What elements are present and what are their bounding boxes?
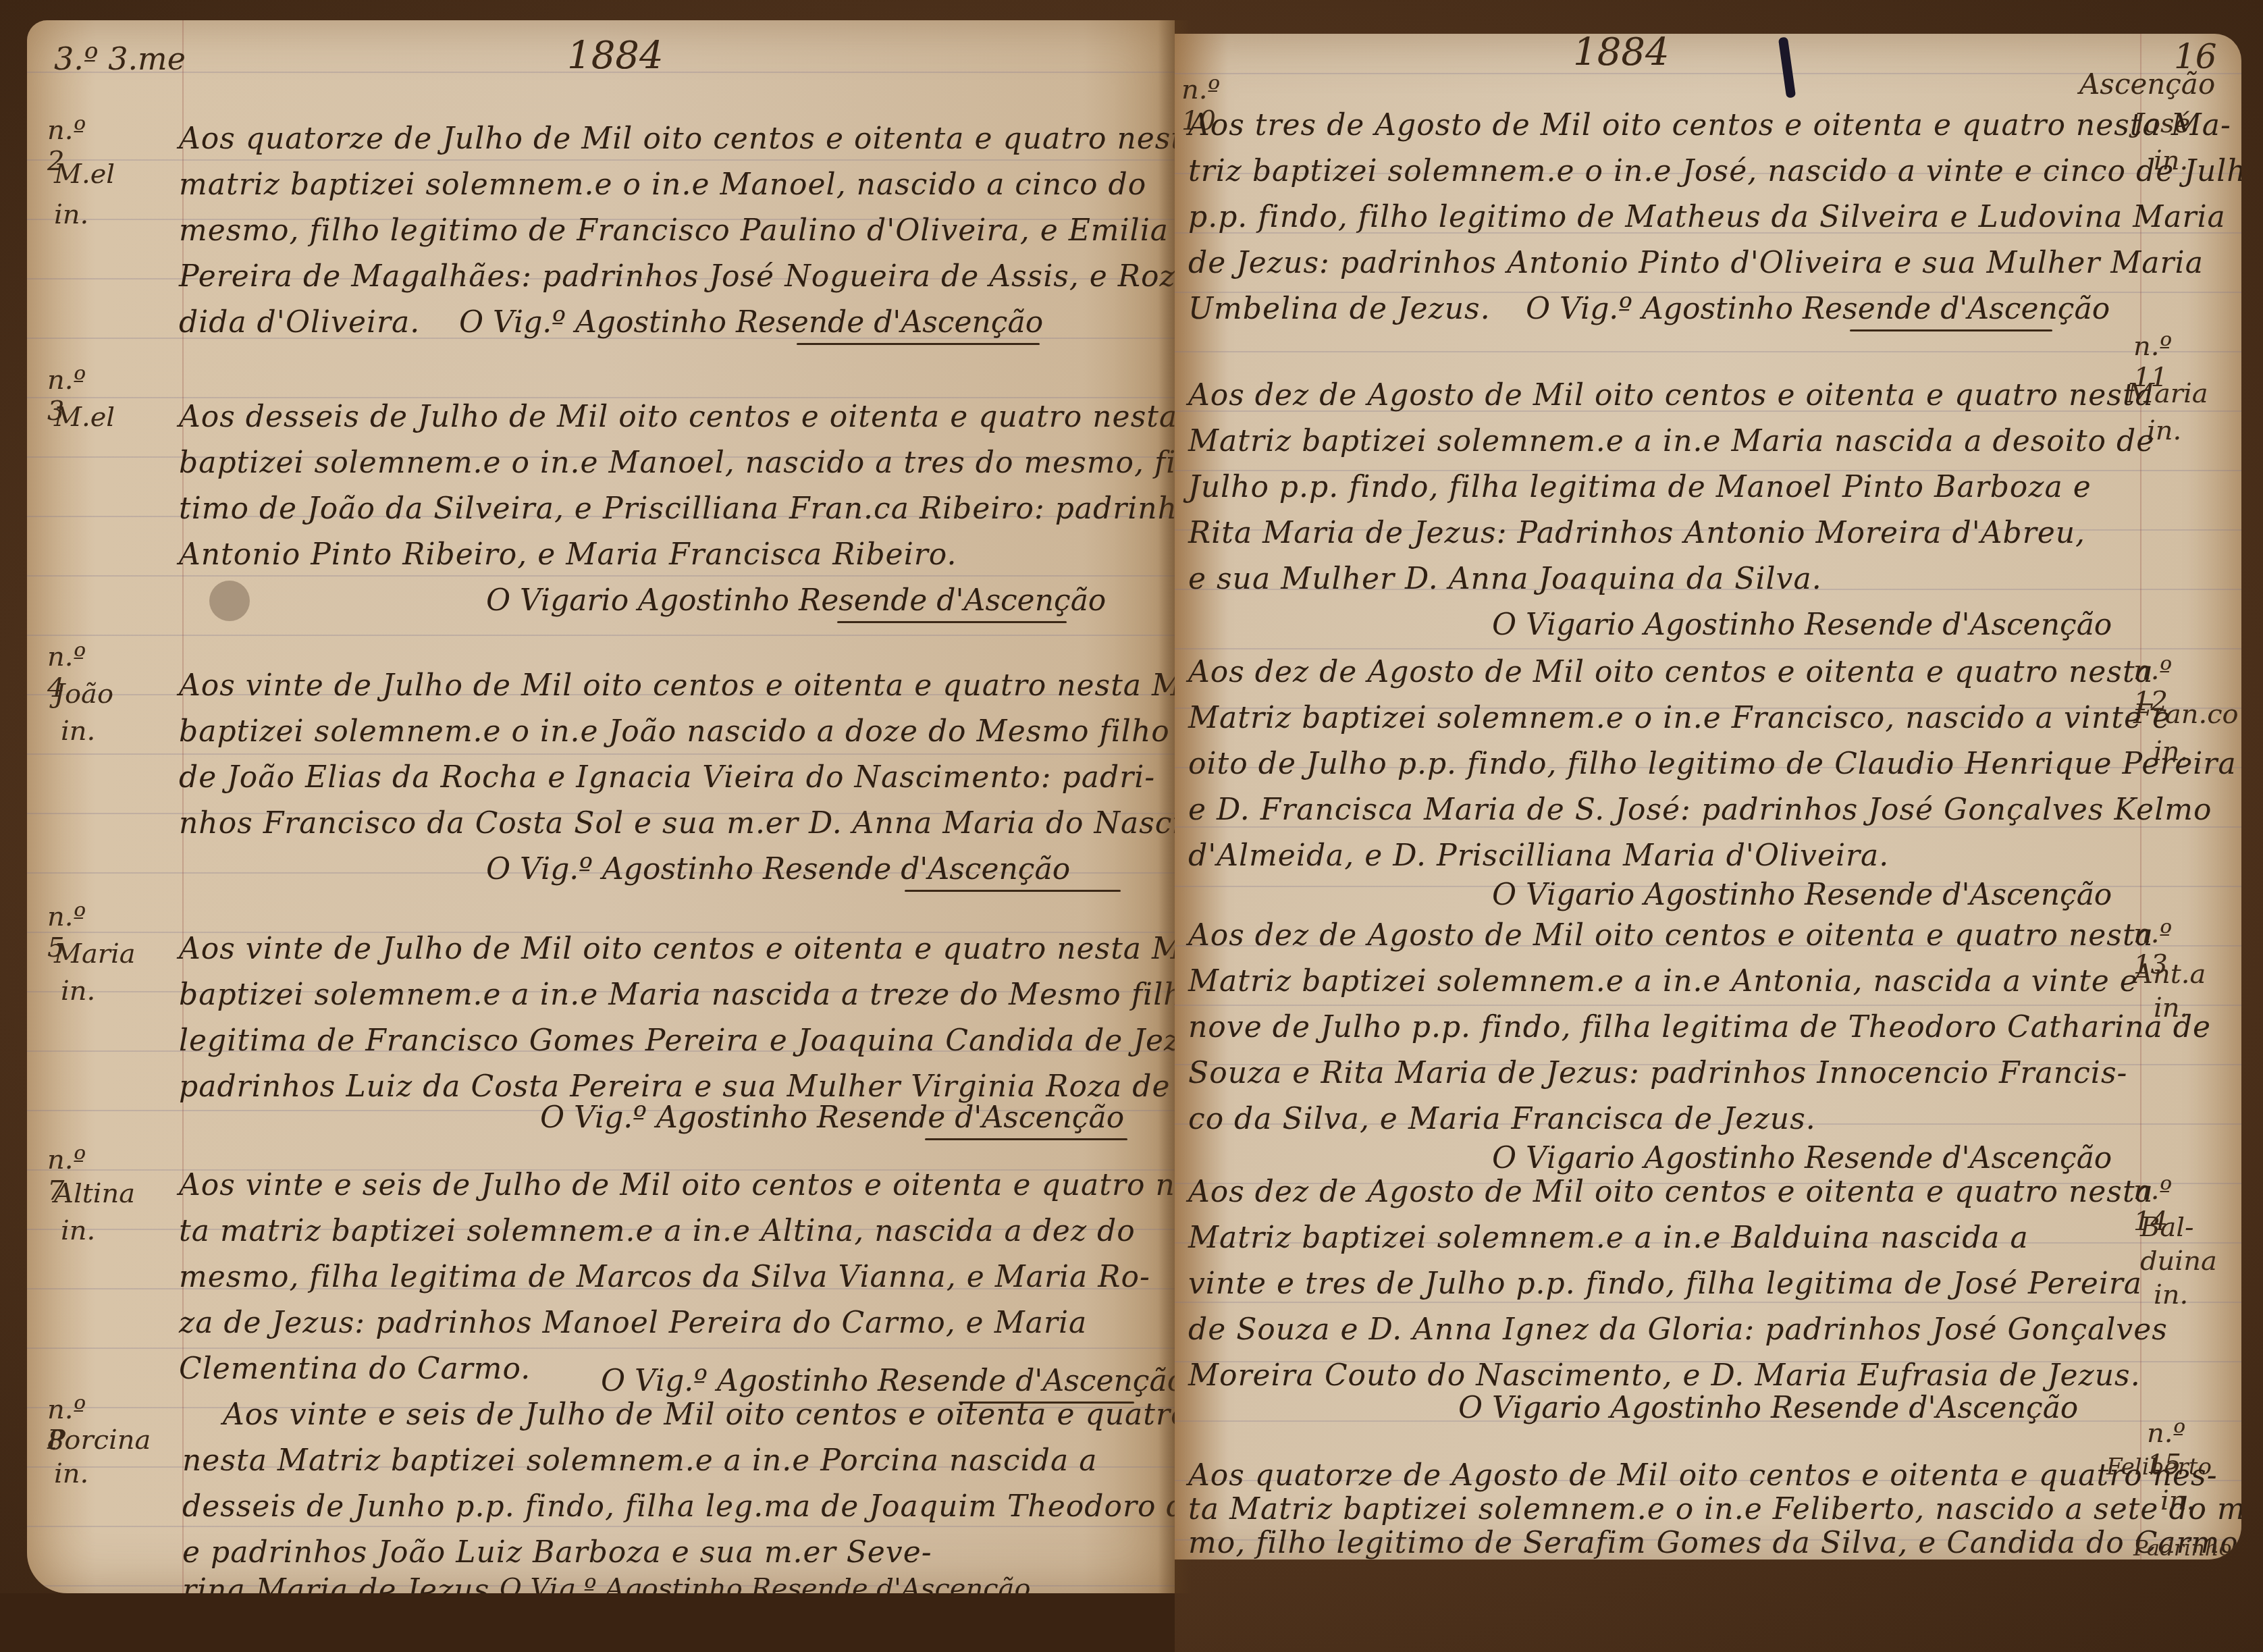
- margin-name: duina: [2140, 1246, 2217, 1277]
- entry-line: e D. Francisca Maria de S. José: padrinh…: [1188, 793, 2212, 827]
- margin-name: Maria: [54, 938, 136, 969]
- entry-line: Aos dez de Agosto de Mil oito centos e o…: [1188, 1175, 2154, 1209]
- entry-line: mesmo, filho legitimo de Francisco Pauli…: [179, 213, 1169, 248]
- signature-flourish: [837, 621, 1067, 623]
- entry-line: ta Matriz baptizei solemnem.e o in.e Fel…: [1188, 1492, 2241, 1526]
- stain-spot: [209, 581, 250, 621]
- entry-line: oito de Julho p.p. findo, filho legitimo…: [1188, 747, 2237, 781]
- page-year: 1884: [1573, 34, 1670, 74]
- margin-name: Porcina: [47, 1424, 151, 1456]
- entry-line: d'Almeida, e D. Priscilliana Maria d'Oli…: [1188, 838, 1889, 873]
- entry-line: Matriz baptizei solemnem.e a in.e Baldui…: [1188, 1221, 2029, 1255]
- page-year: 1884: [567, 34, 664, 78]
- margin-name: João: [54, 678, 113, 710]
- entry-line: Aos vinte e seis de Julho de Mil oito ce…: [179, 1168, 1175, 1202]
- corner-note: 3.º 3.me: [54, 41, 186, 77]
- priest-signature: O Vig.º Agostinho Resende d'Ascenção: [486, 852, 1070, 886]
- entry-line: baptizei solemnem.e a in.e Maria nascida…: [179, 978, 1175, 1012]
- entry-line: Aos vinte de Julho de Mil oito centos e …: [179, 668, 1175, 703]
- entry-line: matriz baptizei solemnem.e o in.e Manoel…: [179, 167, 1146, 202]
- entry-line: Aos dez de Agosto de Mil oito centos e o…: [1188, 378, 2154, 412]
- entry-line: de João Elias da Rocha e Ignacia Vieira …: [179, 760, 1155, 795]
- signature-flourish: [925, 1138, 1127, 1140]
- priest-signature: O Vigario Agostinho Resende d'Ascenção: [1492, 608, 2112, 642]
- entry-line: za de Jezus: padrinhos Manoel Pereira do…: [179, 1306, 1087, 1340]
- entry-line: Souza e Rita Maria de Jezus: padrinhos I…: [1188, 1056, 2127, 1090]
- priest-signature: O Vigario Agostinho Resende d'Ascenção: [1492, 878, 2112, 912]
- entry-line: Aos quatorze de Julho de Mil oito centos…: [179, 122, 1175, 156]
- entry-line: Rita Maria de Jezus: Padrinhos Antonio M…: [1188, 516, 2085, 550]
- entry-line: Aos dez de Agosto de Mil oito centos e o…: [1188, 918, 2154, 953]
- entry-line: p.p. findo, filho legitimo de Matheus da…: [1188, 200, 2226, 234]
- priest-signature: O Vig.º Agostinho Resende d'Ascenção: [1526, 292, 2110, 326]
- left-page: 3.º 3.me 1884 n.º 2 M.el in. Aos quatorz…: [27, 20, 1175, 1593]
- entry-line: Julho p.p. findo, filha legitima de Mano…: [1188, 470, 2092, 504]
- entry-line: vinte e tres de Julho p.p. findo, filha …: [1188, 1267, 2142, 1301]
- entry-line: nove de Julho p.p. findo, filha legitima…: [1188, 1010, 2211, 1044]
- margin-name: M.el: [54, 159, 115, 190]
- entry-line: Aos quatorze de Agosto de Mil oito cento…: [1188, 1458, 2218, 1493]
- entry-line: Aos desseis de Julho de Mil oito centos …: [179, 400, 1175, 434]
- priest-signature: O Vigario Agostinho Resende d'Ascenção: [486, 583, 1106, 618]
- entry-line: e padrinhos João Luiz Barboza e sua m.er…: [182, 1535, 932, 1570]
- entry-line: Clementina do Carmo.: [179, 1352, 531, 1386]
- margin-name: in.: [54, 199, 88, 230]
- entry-line: ta matriz baptizei solemnem.e a in.e Alt…: [179, 1214, 1136, 1248]
- header-note: Ascenção: [2079, 68, 2215, 101]
- entry-line: padrinhos Luiz da Costa Pereira e sua Mu…: [179, 1069, 1175, 1104]
- priest-signature: O Vig.º Agostinho Resende d'Ascenção: [500, 1573, 1031, 1593]
- entry-line: Aos dez de Agosto de Mil oito centos e o…: [1188, 655, 2154, 689]
- entry-line: baptizei solemnem.e o in.e João nascido …: [179, 714, 1175, 749]
- entry-line: mesmo, filha legitima de Marcos da Silva…: [179, 1260, 1150, 1294]
- entry-line: Pereira de Magalhães: padrinhos José Nog…: [179, 259, 1175, 294]
- signature-flourish: [905, 890, 1121, 892]
- priest-signature: O Vig.º Agostinho Resende d'Ascenção: [459, 305, 1043, 340]
- margin-name: in.: [61, 1215, 95, 1246]
- entry-line: Aos tres de Agosto de Mil oito centos e …: [1188, 108, 2231, 142]
- margin-name: in.: [61, 716, 95, 747]
- entry-line: Umbelina de Jezus.: [1188, 292, 1491, 326]
- trailing-note: Padrinhos: [2133, 1533, 2241, 1560]
- margin-name: in.: [2154, 1279, 2188, 1310]
- entry-line: nhos Francisco da Costa Sol e sua m.er D…: [179, 806, 1175, 841]
- entry-line: nesta Matriz baptizei solemnem.e a in.e …: [182, 1443, 1097, 1478]
- entry-line: de Souza e D. Anna Ignez da Gloria: padr…: [1188, 1312, 2168, 1347]
- entry-line: timo de João da Silveira, e Priscilliana…: [179, 491, 1175, 526]
- book-edge-bottom: [0, 1593, 1175, 1652]
- margin-name: Bal-: [2140, 1212, 2194, 1243]
- margin-name: M.el: [54, 402, 115, 433]
- margin-name: Altina: [54, 1178, 135, 1209]
- priest-signature: O Vig.º Agostinho Resende d'Ascenção: [601, 1364, 1175, 1398]
- margin-name: in.: [61, 976, 95, 1007]
- entry-line: triz baptizei solemnem.e o in.e José, na…: [1188, 154, 2241, 188]
- book-photo: 3.º 3.me 1884 n.º 2 M.el in. Aos quatorz…: [0, 0, 2263, 1652]
- entry-line: Matriz baptizei solemnem.e a in.e Maria …: [1188, 424, 2154, 458]
- margin-name: Ant.a: [2133, 959, 2206, 990]
- entry-line: co da Silva, e Maria Francisca de Jezus.: [1188, 1102, 1816, 1136]
- entry-line: Aos vinte de Julho de Mil oito centos e …: [179, 932, 1175, 966]
- priest-signature: O Vigario Agostinho Resende d'Ascenção: [1458, 1391, 2078, 1425]
- entry-line: Aos vinte e seis de Julho de Mil oito ce…: [223, 1397, 1175, 1432]
- entry-line: Matriz baptizei solemnem.e o in.e Franci…: [1188, 701, 2171, 735]
- entry-line: Matriz baptizei solemnem.e a in.e Antoni…: [1188, 964, 2138, 998]
- priest-signature: O Vig.º Agostinho Resende d'Ascenção: [540, 1100, 1124, 1135]
- entry-line: e sua Mulher D. Anna Joaquina da Silva.: [1188, 562, 1822, 596]
- entry-line: mo, filho legitimo de Serafim Gomes da S…: [1188, 1526, 2241, 1560]
- entry-line: legitima de Francisco Gomes Pereira e Jo…: [179, 1023, 1175, 1058]
- entry-line: rina Maria de Jezus.: [182, 1573, 500, 1593]
- entry-line: desseis de Junho p.p. findo, filha leg.m…: [182, 1489, 1175, 1524]
- entry-line: de Jezus: padrinhos Antonio Pinto d'Oliv…: [1188, 246, 2204, 280]
- entry-line: dida d'Oliveira.: [179, 305, 420, 340]
- signature-flourish: [1850, 329, 2052, 331]
- signature-flourish: [797, 343, 1040, 345]
- priest-signature: O Vigario Agostinho Resende d'Ascenção: [1492, 1141, 2112, 1175]
- entry-line: Antonio Pinto Ribeiro, e Maria Francisca…: [179, 537, 957, 572]
- right-page: 1884 16 Ascenção n.º 10 José in. Aos tre…: [1175, 34, 2241, 1560]
- entry-line: baptizei solemnem.e o in.e Manoel, nasci…: [179, 446, 1175, 480]
- margin-name: in.: [54, 1458, 88, 1489]
- entry-line: Moreira Couto do Nascimento, e D. Maria …: [1188, 1358, 2141, 1393]
